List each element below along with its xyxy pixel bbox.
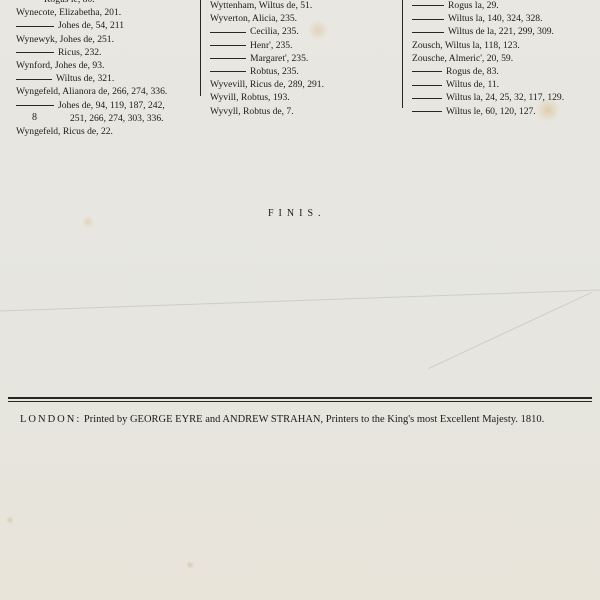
- index-entry: Wiltus la, 24, 25, 32, 117, 129.: [412, 91, 600, 104]
- ditto-dash: [412, 32, 444, 33]
- ditto-dash: [412, 71, 442, 72]
- imprint-text: Printed by GEORGE EYRE and ANDREW STRAHA…: [84, 414, 518, 425]
- index-entry: Wiltus de la, 221, 299, 309.: [412, 25, 600, 38]
- ditto-dash: [412, 5, 444, 6]
- ditto-dash: [210, 45, 246, 46]
- index-entry: Wiltus le, 60, 120, 127.: [412, 105, 600, 118]
- imprint-rule-thick: [8, 397, 592, 399]
- ditto-dash: [210, 71, 246, 72]
- index-entry: Johes de, 54, 211: [16, 19, 196, 32]
- imprint-rule-thin: [8, 401, 592, 402]
- index-entry: Wynford, Johes de, 93.: [16, 59, 196, 72]
- signature-mark: 8: [32, 112, 37, 123]
- ditto-dash: [16, 105, 54, 106]
- ditto-dash: [412, 111, 442, 112]
- index-entry: Cecilia, 235.: [210, 25, 400, 38]
- imprint-city: LONDON:: [20, 414, 81, 425]
- index-column-middle: Wyttenham, Wiltus de, 51. Wyverton, Alic…: [210, 0, 400, 118]
- index-entry: Ricus, 232.: [16, 46, 196, 59]
- index-column-left: Rogus le, 80. Wynecote, Elizabetha, 201.…: [16, 0, 196, 138]
- printer-imprint: LONDON: Printed by GEORGE EYRE and ANDRE…: [20, 414, 544, 425]
- index-entry: Johes de, 94, 119, 187, 242,: [16, 99, 196, 112]
- index-entry: Margaret', 235.: [210, 52, 400, 65]
- index-column-right: Rogus la, 29. Wiltus la, 140, 324, 328. …: [412, 0, 600, 118]
- ditto-dash: [16, 52, 54, 53]
- column-divider: [200, 0, 201, 96]
- index-entry: Wyvill, Robtus, 193.: [210, 91, 400, 104]
- index-entry: Wyvevill, Ricus de, 289, 291.: [210, 78, 400, 91]
- index-entry: Wyngefeld, Ricus de, 22.: [16, 125, 196, 138]
- index-entry: Wyngefeld, Alianora de, 266, 274, 336.: [16, 85, 196, 98]
- ditto-dash: [412, 98, 442, 99]
- index-entry: Wiltus de, 11.: [412, 78, 600, 91]
- ditto-dash: [16, 79, 52, 80]
- index-entry: Zousche, Almeric', 20, 59.: [412, 52, 600, 65]
- imprint-year: 1810.: [521, 414, 545, 425]
- index-entry: Wyverton, Alicia, 235.: [210, 12, 400, 25]
- index-entry: Henr', 235.: [210, 39, 400, 52]
- index-entry: Wyttenham, Wiltus de, 51.: [210, 0, 400, 12]
- index-entry: Zousch, Wiltus la, 118, 123.: [412, 39, 600, 52]
- index-entry: Rogus de, 83.: [412, 65, 600, 78]
- ditto-dash: [412, 85, 442, 86]
- ditto-dash: [210, 58, 246, 59]
- column-divider: [402, 0, 403, 108]
- finis-heading: FINIS.: [268, 208, 326, 219]
- index-entry: Wynecote, Elizabetha, 201.: [16, 6, 196, 19]
- index-entry-continuation: 251, 266, 274, 303, 336.: [16, 112, 196, 125]
- index-entry: Wiltus de, 321.: [16, 72, 196, 85]
- ditto-dash: [16, 26, 54, 27]
- ditto-dash: [412, 19, 444, 20]
- index-entry: Rogus la, 29.: [412, 0, 600, 12]
- index-entry: Robtus, 235.: [210, 65, 400, 78]
- index-entry: Wyvyll, Robtus de, 7.: [210, 105, 400, 118]
- index-entry: Wiltus la, 140, 324, 328.: [412, 12, 600, 25]
- ditto-dash: [210, 32, 246, 33]
- index-entry: Wynewyk, Johes de, 251.: [16, 33, 196, 46]
